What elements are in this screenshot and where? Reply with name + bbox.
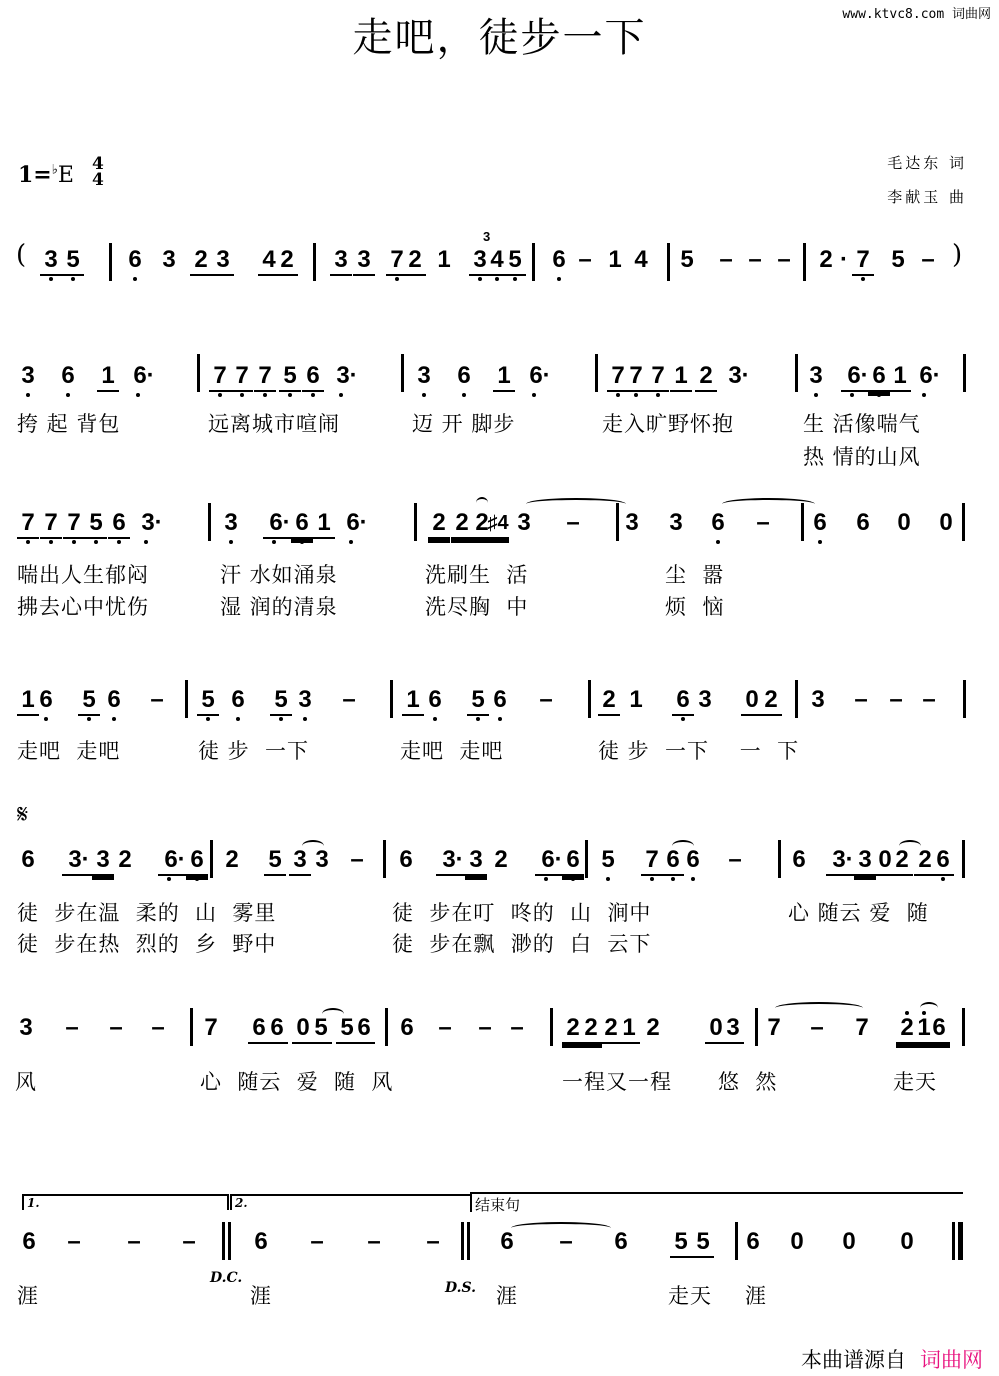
brand-link[interactable]: 词曲网: [920, 1348, 983, 1372]
note: 7: [200, 1014, 222, 1042]
note: 5: [270, 686, 292, 716]
tie: [775, 1002, 863, 1014]
source-label: 本曲谱源自: [801, 1348, 906, 1372]
note: 6·: [340, 509, 374, 537]
note: 6: [489, 686, 511, 714]
note: 6: [266, 1014, 288, 1044]
note: 3: [665, 509, 687, 537]
dash: –: [338, 686, 360, 714]
note: 1: [625, 686, 647, 714]
dash: –: [474, 1014, 496, 1042]
note: 6: [672, 686, 694, 716]
dash: –: [744, 246, 766, 274]
note: 3: [694, 686, 716, 714]
barline: [585, 840, 588, 878]
ending-phrase-bracket: 结束句: [470, 1192, 963, 1212]
key-label: 1=: [18, 162, 52, 188]
volta-2: 2.: [230, 1194, 471, 1210]
lyric: 徒 步在热 烈的 乡 野中: [17, 928, 276, 958]
rest: 0: [896, 1228, 918, 1256]
note: 1: [493, 362, 515, 392]
note: 7: [625, 362, 647, 392]
note: 6: [396, 1014, 418, 1042]
note: 6: [18, 1228, 40, 1256]
barline: [778, 840, 781, 878]
note: 6: [548, 246, 570, 274]
dash: –: [146, 686, 168, 714]
dash: –: [562, 509, 584, 537]
note: 3·: [62, 846, 96, 876]
barline: [595, 354, 598, 392]
dash: –: [178, 1228, 200, 1256]
note: 2: [276, 246, 298, 276]
note: 1: [433, 246, 455, 274]
lyric: 走天: [668, 1280, 712, 1310]
lyric: 涯: [496, 1280, 518, 1310]
note: 2: [451, 509, 473, 539]
lyric: 涯: [17, 1280, 39, 1310]
lyric: 喘出人生郁闷: [17, 559, 149, 589]
key-signature: 1=♭E: [18, 162, 74, 188]
lyric: 拂去心中忧伤: [17, 591, 149, 621]
barline: [801, 503, 804, 541]
note: 3: [92, 846, 114, 876]
note: 6: [707, 509, 729, 537]
note: 5: [887, 246, 909, 274]
lyric: 汗 水如涌泉: [220, 559, 338, 589]
lyric: 远离城市喧闹: [208, 408, 340, 438]
lyric: 徒 步 一下: [198, 735, 309, 765]
note: 6: [250, 1228, 272, 1256]
note: 2: [695, 362, 717, 392]
close-paren: ): [952, 240, 962, 270]
note: 2: [428, 509, 450, 539]
dash: –: [422, 1228, 444, 1256]
note: 5: [78, 686, 100, 716]
dash: –: [752, 509, 774, 537]
note: 3: [294, 686, 316, 714]
lyric: 风: [15, 1066, 37, 1096]
note: 7: [763, 1014, 785, 1042]
note: 1: [97, 362, 119, 392]
note: 1: [670, 362, 692, 392]
note: 7: [254, 362, 276, 392]
slur: [476, 497, 488, 509]
note: 7: [851, 1014, 873, 1042]
note: 7: [231, 362, 253, 392]
segno-icon: 𝄋: [17, 800, 28, 831]
dash: –: [917, 246, 939, 274]
note: 7: [641, 846, 663, 876]
rest: 0: [838, 1228, 860, 1256]
note: 7: [209, 362, 231, 392]
note: 3: [513, 509, 535, 537]
barline: [588, 680, 591, 718]
lyric: 烦 恼: [665, 591, 724, 621]
note: 2: [404, 246, 426, 276]
note: 5: [279, 362, 301, 392]
note: 2: [598, 686, 620, 716]
dash: 6: [852, 509, 874, 537]
open-paren: (: [16, 240, 26, 270]
source-footer: 本曲谱源自词曲网: [801, 1344, 983, 1374]
note: 6: [227, 686, 249, 714]
dash: –: [123, 1228, 145, 1256]
dash: –: [346, 846, 368, 874]
note: 6·: [523, 362, 557, 390]
lyric: 走吧 走吧: [400, 735, 503, 765]
note: 3: [220, 509, 242, 537]
note: 3·: [330, 362, 364, 390]
dash: –: [535, 686, 557, 714]
note: 1: [313, 509, 335, 539]
note: 6: [928, 1014, 950, 1044]
note: 6: [108, 509, 130, 539]
note: 6: [682, 846, 704, 874]
note: 1: [618, 1014, 640, 1044]
note: 6·: [127, 362, 161, 390]
note: 5: [670, 1228, 692, 1258]
note: 3: [330, 246, 352, 276]
dash: –: [434, 1014, 456, 1042]
note: 6: [57, 362, 79, 390]
lyric: 涯: [250, 1280, 272, 1310]
barline: [735, 1222, 738, 1260]
note: 3·: [722, 362, 756, 390]
dash: –: [885, 686, 907, 714]
barline: [962, 1008, 965, 1046]
dash: –: [105, 1014, 127, 1042]
dash: –: [715, 246, 737, 274]
dash: –: [724, 846, 746, 874]
note: 5: [504, 246, 526, 276]
lyric: 迈 开 脚步: [412, 408, 515, 438]
note: 3: [15, 1014, 37, 1042]
lyric: 悠 然: [718, 1066, 777, 1096]
barline: [414, 503, 417, 541]
lyric: 涯: [745, 1280, 767, 1310]
volta-1: 1.: [22, 1194, 229, 1210]
barline: [197, 354, 200, 392]
dash: –: [63, 1228, 85, 1256]
dash: –: [306, 1228, 328, 1256]
note: 3: [465, 846, 487, 876]
lyric: 走吧 走吧: [17, 735, 120, 765]
note: 3: [807, 686, 829, 714]
dash: –: [574, 246, 596, 274]
note: 6: [103, 686, 125, 714]
note: 2: [114, 846, 136, 874]
note: 3: [353, 246, 375, 276]
dash: –: [773, 246, 795, 274]
note: 6: [186, 846, 208, 876]
site-watermark: www.ktvc8.com 词曲网: [842, 3, 991, 22]
lyric: 洗刷生 活: [425, 559, 528, 589]
barline: [390, 680, 393, 718]
lyric: 挎 起 背包: [17, 408, 120, 438]
composer-credit: 李献玉 曲: [887, 186, 967, 207]
note: 7: [647, 362, 669, 392]
barline: [385, 1008, 388, 1046]
note: 2: [580, 1014, 602, 1044]
barline: [383, 840, 386, 878]
rest: 0: [893, 509, 915, 537]
dash: –: [555, 1228, 577, 1256]
note: 5: [197, 686, 219, 716]
lyric: 徒 步在飘 渺的 白 云下: [392, 928, 651, 958]
barline: [962, 503, 965, 541]
note: 3·: [135, 509, 169, 537]
barline: [616, 503, 619, 541]
barline: [210, 840, 213, 878]
note: 5: [597, 846, 619, 874]
barline: [795, 680, 798, 718]
note: 3: [722, 1014, 744, 1044]
note: 5: [676, 246, 698, 274]
lyric: 徒 步在叮 咚的 山 涧中: [392, 897, 651, 927]
note: 6: [742, 1228, 764, 1256]
note: 5: [692, 1228, 714, 1258]
lyric: 洗尽胸 中: [425, 591, 528, 621]
note: 3: [413, 362, 435, 390]
note: 6: [17, 846, 39, 874]
lyric: 热 情的山风: [803, 441, 921, 471]
note: 1: [604, 246, 626, 274]
barline: [313, 243, 316, 281]
note: 2: [490, 846, 512, 874]
note: 6: [453, 362, 475, 390]
barline: [667, 243, 670, 281]
note: 2: [760, 686, 782, 716]
note: 3: [17, 362, 39, 390]
note: 6: [35, 686, 57, 714]
barline: [401, 354, 404, 392]
note: 3: [805, 362, 827, 390]
note: 2: [642, 1014, 664, 1042]
note: 3: [40, 246, 62, 276]
note: 3: [854, 846, 876, 876]
note: 2: [221, 846, 243, 874]
barline: [962, 840, 965, 878]
final-barline: [952, 1222, 963, 1260]
dash: –: [363, 1228, 385, 1256]
note: 7: [852, 246, 874, 276]
note-sharp: ♯4: [487, 509, 509, 539]
barline: [963, 354, 966, 392]
barline: [550, 1008, 553, 1046]
lyricist-credit: 毛达东 词: [887, 152, 967, 173]
note: 7: [17, 509, 39, 539]
note: 5: [264, 846, 286, 876]
note: 6: [302, 362, 324, 392]
dash: –: [806, 1014, 828, 1042]
barline: [208, 503, 211, 541]
note: 6: [424, 686, 446, 714]
barline: [795, 354, 798, 392]
lyric: 走入旷野怀抱: [602, 408, 734, 438]
note: 7: [40, 509, 62, 539]
note: 3: [158, 246, 180, 274]
note: 6: [788, 846, 810, 874]
dash: –: [850, 686, 872, 714]
lyric: 走天: [893, 1066, 937, 1096]
time-bottom: 4: [92, 172, 104, 188]
barline: [109, 243, 112, 281]
note: 7: [63, 509, 85, 539]
rest: 0: [786, 1228, 808, 1256]
barline: [963, 680, 966, 718]
note: 6: [868, 362, 890, 392]
dal-segno-mark: D.S.: [445, 1280, 476, 1296]
dash: –: [506, 1014, 528, 1042]
note: 2: [190, 246, 212, 276]
dash: –: [147, 1014, 169, 1042]
note: 4: [630, 246, 652, 274]
note: 6·: [913, 362, 947, 390]
note: 6: [610, 1228, 632, 1256]
lyric: 徒 步在温 柔的 山 雾里: [17, 897, 276, 927]
rest: 0: [935, 509, 957, 537]
slur: [920, 1002, 938, 1014]
note: 1: [889, 362, 911, 392]
barline: [755, 1008, 758, 1046]
lyric: 湿 润的清泉: [220, 591, 338, 621]
barline: [803, 243, 806, 281]
triplet-mark: 3: [483, 229, 490, 244]
note: 3: [621, 509, 643, 537]
time-signature: 44: [92, 156, 104, 188]
note: 5: [62, 246, 84, 276]
lyric: 生 活像喘气: [803, 408, 921, 438]
lyric: 心 随云 爱 随 风: [200, 1066, 393, 1096]
note: 1: [402, 686, 424, 716]
note: 3: [212, 246, 234, 276]
lyric: 一程又一程: [562, 1066, 672, 1096]
double-barline: [461, 1222, 470, 1260]
lyric: 心 随云 爱 随: [788, 897, 929, 927]
note: 6: [562, 846, 584, 876]
da-capo-mark: D.C.: [210, 1270, 242, 1286]
lyric: 尘 嚣: [665, 559, 724, 589]
barline: [185, 680, 188, 718]
lyric: 徒 步 一下 一 下: [598, 735, 799, 765]
double-barline: [222, 1222, 231, 1260]
note: 3: [311, 846, 333, 874]
note: 6: [124, 246, 146, 274]
dash: –: [61, 1014, 83, 1042]
note: 5: [85, 509, 107, 539]
note: 6: [932, 846, 954, 876]
dash: –: [918, 686, 940, 714]
note: 6: [395, 846, 417, 874]
key-note: E: [58, 163, 74, 188]
note: 5: [467, 686, 489, 716]
note: 6: [291, 509, 313, 539]
note: 6: [809, 509, 831, 537]
note: 6: [353, 1014, 375, 1044]
barline: [532, 243, 535, 281]
barline: [190, 1008, 193, 1046]
